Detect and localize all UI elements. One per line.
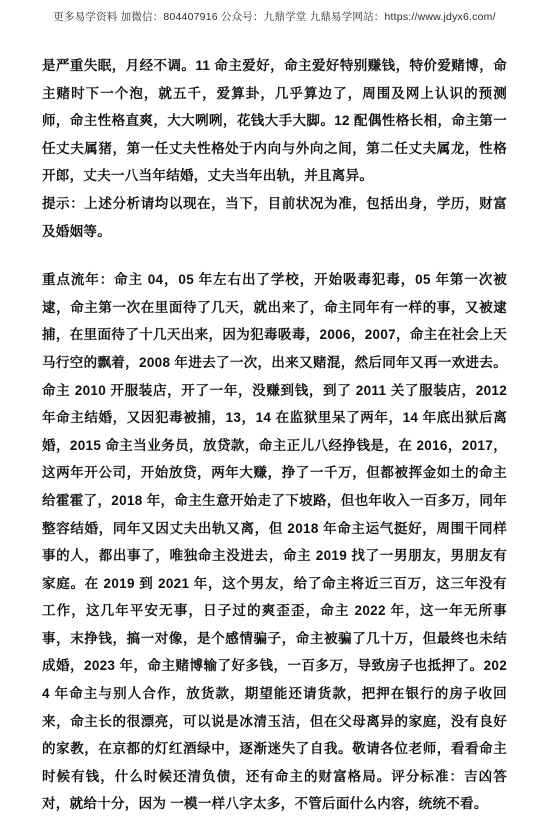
page-header-contact-line: 更多易学资料 加微信：804407916 公众号：九鼎学堂 九鼎易学网站：htt…: [0, 0, 549, 24]
document-body: 是严重失眠，月经不调。11 命主爱好，命主爱好特别赚钱，特价爱赌博，命主赌时下一…: [0, 24, 549, 818]
paragraph-personality-marriage: 是严重失眠，月经不调。11 命主爱好，命主爱好特别赚钱，特价爱赌博，命主赌时下一…: [42, 52, 507, 190]
paragraph-key-years: 重点流年：命主 04，05 年左右出了学校，开始吸毒犯毒，05 年第一次被逮，命…: [42, 266, 507, 818]
paragraph-notice: 提示：上述分析请均以现在，当下，目前状况为准，包括出身，学历，财富及婚姻等。: [42, 190, 507, 245]
document-page: 更多易学资料 加微信：804407916 公众号：九鼎学堂 九鼎易学网站：htt…: [0, 0, 549, 820]
